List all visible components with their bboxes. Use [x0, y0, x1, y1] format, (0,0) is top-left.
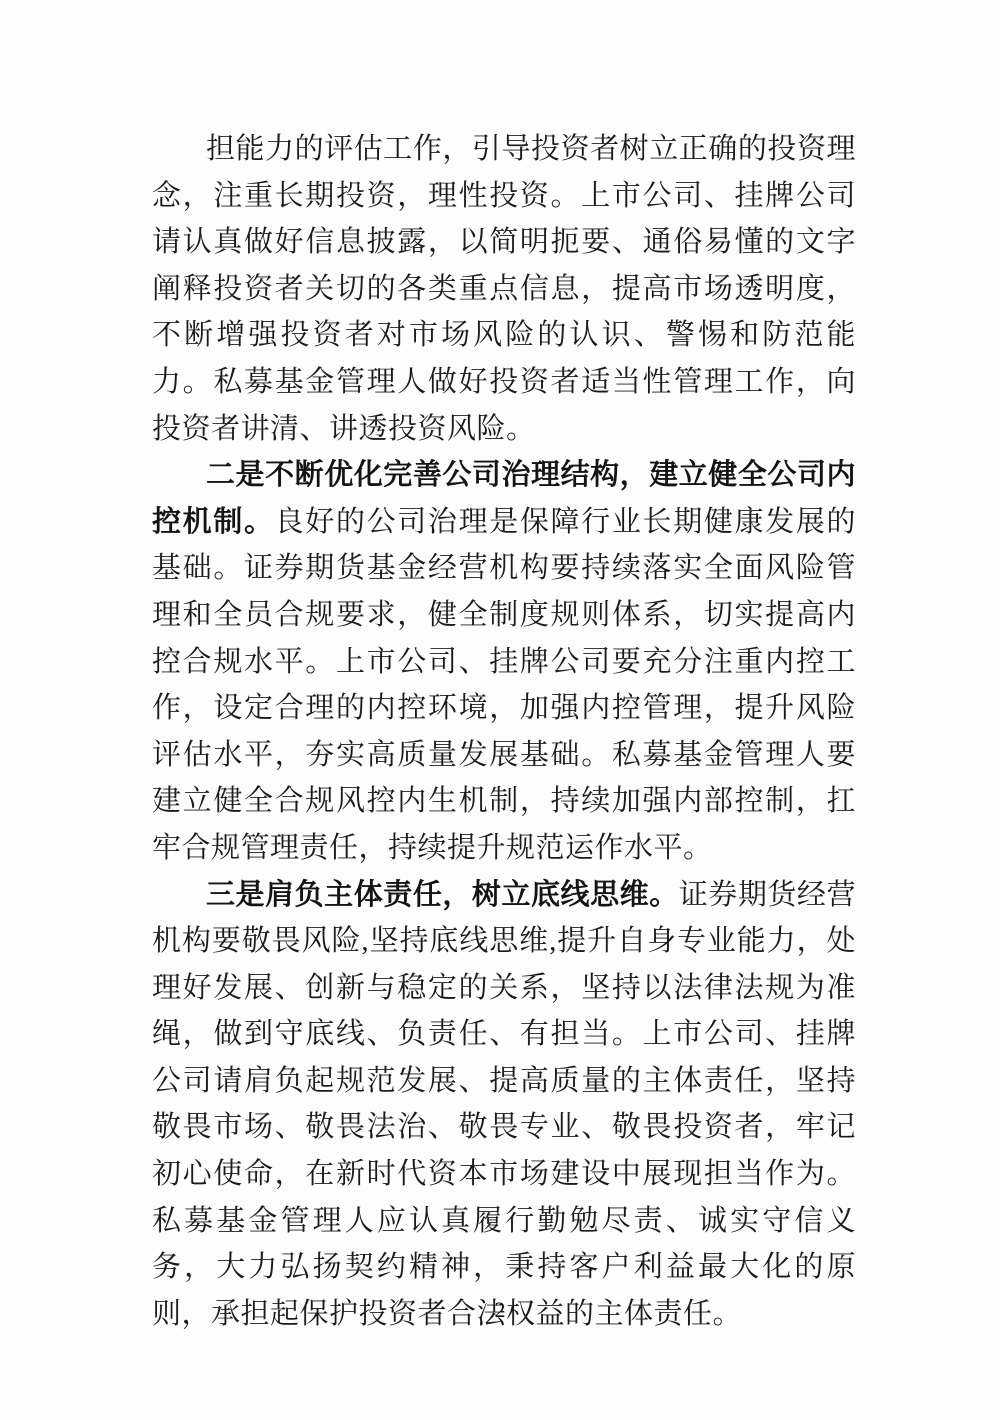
paragraph-governance-internal-control: 二是不断优化完善公司治理结构，建立健全公司内控机制。良好的公司治理是保障行业长期…: [152, 452, 856, 871]
paragraph-responsibility-bottom-line: 三是肩负主体责任，树立底线思维。证券期货经营机构要敬畏风险,坚持底线思维,提升自…: [152, 872, 856, 1338]
page-number: 2: [0, 1296, 1000, 1324]
paragraph-text: 担能力的评估工作，引导投资者树立正确的投资理念，注重长期投资，理性投资。上市公司…: [152, 133, 856, 445]
paragraph-text: 良好的公司治理是保障行业长期健康发展的基础。证券期货基金经营机构要持续落实全面风…: [152, 506, 856, 864]
paragraph-investor-education: 担能力的评估工作，引导投资者树立正确的投资理念，注重长期投资，理性投资。上市公司…: [152, 126, 856, 452]
document-page: 担能力的评估工作，引导投资者树立正确的投资理念，注重长期投资，理性投资。上市公司…: [0, 0, 1000, 1420]
paragraph-text: 证券期货经营机构要敬畏风险,坚持底线思维,提升自身专业能力，处理好发展、创新与稳…: [152, 879, 856, 1330]
document-body: 担能力的评估工作，引导投资者树立正确的投资理念，注重长期投资，理性投资。上市公司…: [152, 126, 856, 1337]
paragraph-lead-bold: 三是肩负主体责任，树立底线思维。: [206, 879, 679, 911]
